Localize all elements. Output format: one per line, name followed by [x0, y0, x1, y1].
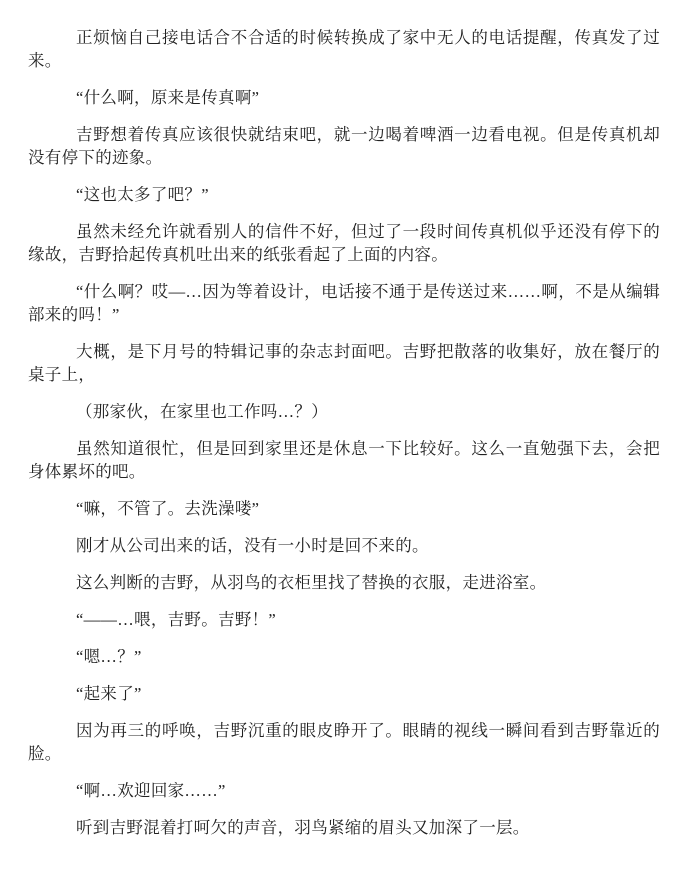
paragraph: 因为再三的呼唤，吉野沉重的眼皮睁开了。眼睛的视线一瞬间看到吉野靠近的脸。: [28, 719, 660, 765]
paragraph: “嗯…？”: [28, 645, 660, 668]
paragraph: “什么啊，原来是传真啊”: [28, 86, 660, 109]
paragraph: “什么啊？哎—…因为等着设计，电话接不通于是传送过来……啊，不是从编辑部来的吗！…: [28, 280, 660, 326]
paragraph: “——…喂，吉野。吉野！”: [28, 608, 660, 631]
paragraph: 刚才从公司出来的话，没有一小时是回不来的。: [28, 534, 660, 557]
document-body: 正烦恼自己接电话合不合适的时候转换成了家中无人的电话提醒，传真发了过来。“什么啊…: [28, 26, 660, 839]
paragraph: 听到吉野混着打呵欠的声音，羽鸟紧缩的眉头又加深了一层。: [28, 816, 660, 839]
paragraph: “啊…欢迎回家……”: [28, 779, 660, 802]
paragraph: 虽然未经允许就看别人的信件不好，但过了一段时间传真机似乎还没有停下的缘故，吉野拾…: [28, 220, 660, 266]
paragraph: 这么判断的吉野，从羽鸟的衣柜里找了替换的衣服，走进浴室。: [28, 571, 660, 594]
paragraph: “嘛，不管了。去洗澡喽”: [28, 497, 660, 520]
paragraph: 吉野想着传真应该很快就结束吧，就一边喝着啤酒一边看电视。但是传真机却没有停下的迹…: [28, 123, 660, 169]
paragraph: 大概，是下月号的特辑记事的杂志封面吧。吉野把散落的收集好，放在餐厅的桌子上，: [28, 340, 660, 386]
paragraph: “这也太多了吧？”: [28, 183, 660, 206]
paragraph: 正烦恼自己接电话合不合适的时候转换成了家中无人的电话提醒，传真发了过来。: [28, 26, 660, 72]
paragraph: “起来了”: [28, 682, 660, 705]
paragraph: （那家伙，在家里也工作吗…？）: [28, 400, 660, 423]
paragraph: 虽然知道很忙，但是回到家里还是休息一下比较好。这么一直勉强下去，会把身体累坏的吧…: [28, 437, 660, 483]
document-page: 正烦恼自己接电话合不合适的时候转换成了家中无人的电话提醒，传真发了过来。“什么啊…: [0, 0, 680, 880]
